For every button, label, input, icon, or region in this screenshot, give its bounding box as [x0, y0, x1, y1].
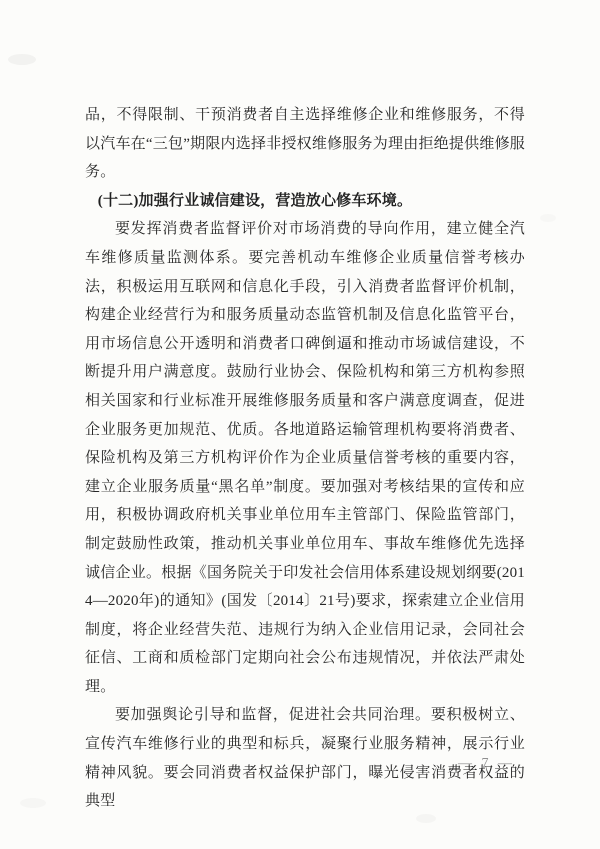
document-body: 品，不得限制、干预消费者自主选择维修企业和维修服务，不得以汽车在“三包”期限内选…: [85, 101, 525, 816]
document-page: 品，不得限制、干预消费者自主选择维修企业和维修服务，不得以汽车在“三包”期限内选…: [0, 0, 600, 849]
section-heading: (十二)加强行业诚信建设，营造放心修车环境。: [85, 187, 525, 216]
scan-smudge: [540, 214, 556, 222]
paragraph-continuation: 品，不得限制、干预消费者自主选择维修企业和维修服务，不得以汽车在“三包”期限内选…: [85, 101, 525, 187]
scan-smudge: [8, 54, 36, 65]
page-number: — 7 —: [458, 756, 515, 772]
scan-smudge: [20, 798, 46, 808]
body-paragraph: 要发挥消费者监督评价对市场消费的导向作用，建立健全汽车维修质量监测体系。要完善机…: [85, 215, 525, 701]
